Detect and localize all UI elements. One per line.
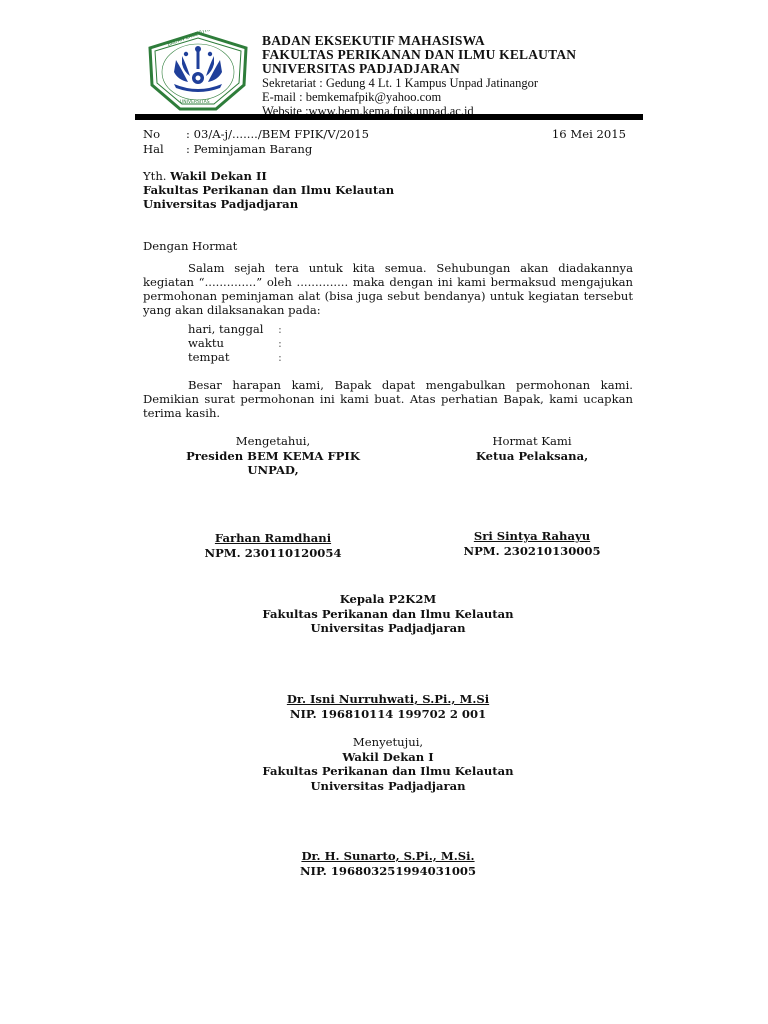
org-email: E-mail : bemkemafpik@yahoo.com: [262, 90, 576, 104]
recipient-university: Universitas Padjadjaran: [143, 197, 298, 211]
body-paragraph-1: Salam sejah tera untuk kita semua. Sehub…: [143, 261, 633, 317]
university-emblem-icon: BADAN EKSEKUTIF UNIVERSITAS: [146, 30, 250, 112]
org-name-line-1: BADAN EKSEKUTIF MAHASISWA: [262, 34, 576, 48]
signature-right-role-1: Ketua Pelaksana,: [432, 449, 632, 464]
signature-wakil-dekan-role-1: Wakil Dekan I: [238, 750, 538, 765]
signature-p2k2m: Kepala P2K2M Fakultas Perikanan dan Ilmu…: [238, 592, 538, 636]
signature-p2k2m-role-2: Fakultas Perikanan dan Ilmu Kelautan: [238, 607, 538, 622]
detail-separator: :: [278, 350, 282, 364]
signature-left-role-2: UNPAD,: [173, 463, 373, 478]
signature-p2k2m-role-3: Universitas Padjadjaran: [238, 621, 538, 636]
signature-right-intro: Hormat Kami: [432, 434, 632, 449]
letter-number-label: No: [143, 127, 160, 141]
signature-wakil-dekan-id: NIP. 196803251994031005: [238, 864, 538, 879]
letterhead: BADAN EKSEKUTIF MAHASISWA FAKULTAS PERIK…: [262, 34, 576, 118]
letter-page: BADAN EKSEKUTIF UNIVERSITAS BADAN EKSEKU…: [0, 0, 768, 1024]
signature-left-intro: Mengetahui,: [173, 434, 373, 449]
detail-separator: :: [278, 336, 282, 350]
signature-wakil-dekan-signee: Dr. H. Sunarto, S.Pi., M.Si. NIP. 196803…: [238, 849, 538, 878]
recipient-title: Yth. Wakil Dekan II: [143, 169, 267, 183]
signature-wakil-dekan-intro: Menyetujui,: [238, 735, 538, 750]
signature-right-signee: Sri Sintya Rahayu NPM. 230210130005: [432, 529, 632, 558]
signature-p2k2m-role-1: Kepala P2K2M: [238, 592, 538, 607]
recipient-prefix: Yth.: [143, 169, 170, 183]
detail-separator: :: [278, 322, 282, 336]
signature-left-role-1: Presiden BEM KEMA FPIK: [173, 449, 373, 464]
signature-right: Hormat Kami Ketua Pelaksana,: [432, 434, 632, 463]
svg-text:UNIVERSITAS: UNIVERSITAS: [180, 99, 210, 105]
recipient-faculty: Fakultas Perikanan dan Ilmu Kelautan: [143, 183, 394, 197]
signature-p2k2m-signee: Dr. Isni Nurruhwati, S.Pi., M.Si NIP. 19…: [238, 692, 538, 721]
signature-right-id: NPM. 230210130005: [432, 544, 632, 559]
signature-left: Mengetahui, Presiden BEM KEMA FPIK UNPAD…: [173, 434, 373, 478]
detail-label-place: tempat: [188, 350, 230, 364]
signature-left-id: NPM. 230110120054: [173, 546, 373, 561]
org-address: Sekretariat : Gedung 4 Lt. 1 Kampus Unpa…: [262, 76, 576, 90]
org-name-line-3: UNIVERSITAS PADJADJARAN: [262, 62, 576, 76]
signature-p2k2m-name: Dr. Isni Nurruhwati, S.Pi., M.Si: [238, 692, 538, 707]
signature-right-name: Sri Sintya Rahayu: [432, 529, 632, 544]
signature-left-name: Farhan Ramdhani: [173, 531, 373, 546]
signature-wakil-dekan-name: Dr. H. Sunarto, S.Pi., M.Si.: [238, 849, 538, 864]
recipient-position: Wakil Dekan II: [170, 169, 267, 183]
subject-label: Hal: [143, 142, 164, 156]
detail-label-time: waktu: [188, 336, 224, 350]
letterhead-divider: [135, 114, 643, 120]
letter-date: 16 Mei 2015: [552, 127, 626, 141]
detail-label-date: hari, tanggal: [188, 322, 264, 336]
signature-wakil-dekan: Menyetujui, Wakil Dekan I Fakultas Perik…: [238, 735, 538, 793]
signature-wakil-dekan-role-3: Universitas Padjadjaran: [238, 779, 538, 794]
signature-wakil-dekan-role-2: Fakultas Perikanan dan Ilmu Kelautan: [238, 764, 538, 779]
signature-left-signee: Farhan Ramdhani NPM. 230110120054: [173, 531, 373, 560]
org-name-line-2: FAKULTAS PERIKANAN DAN ILMU KELAUTAN: [262, 48, 576, 62]
signature-p2k2m-id: NIP. 196810114 199702 2 001: [238, 707, 538, 722]
salutation: Dengan Hormat: [143, 239, 237, 253]
letter-number-value: : 03/A-j/......./BEM FPIK/V/2015: [186, 127, 369, 141]
body-paragraph-2: Besar harapan kami, Bapak dapat mengabul…: [143, 378, 633, 420]
subject-value: : Peminjaman Barang: [186, 142, 312, 156]
